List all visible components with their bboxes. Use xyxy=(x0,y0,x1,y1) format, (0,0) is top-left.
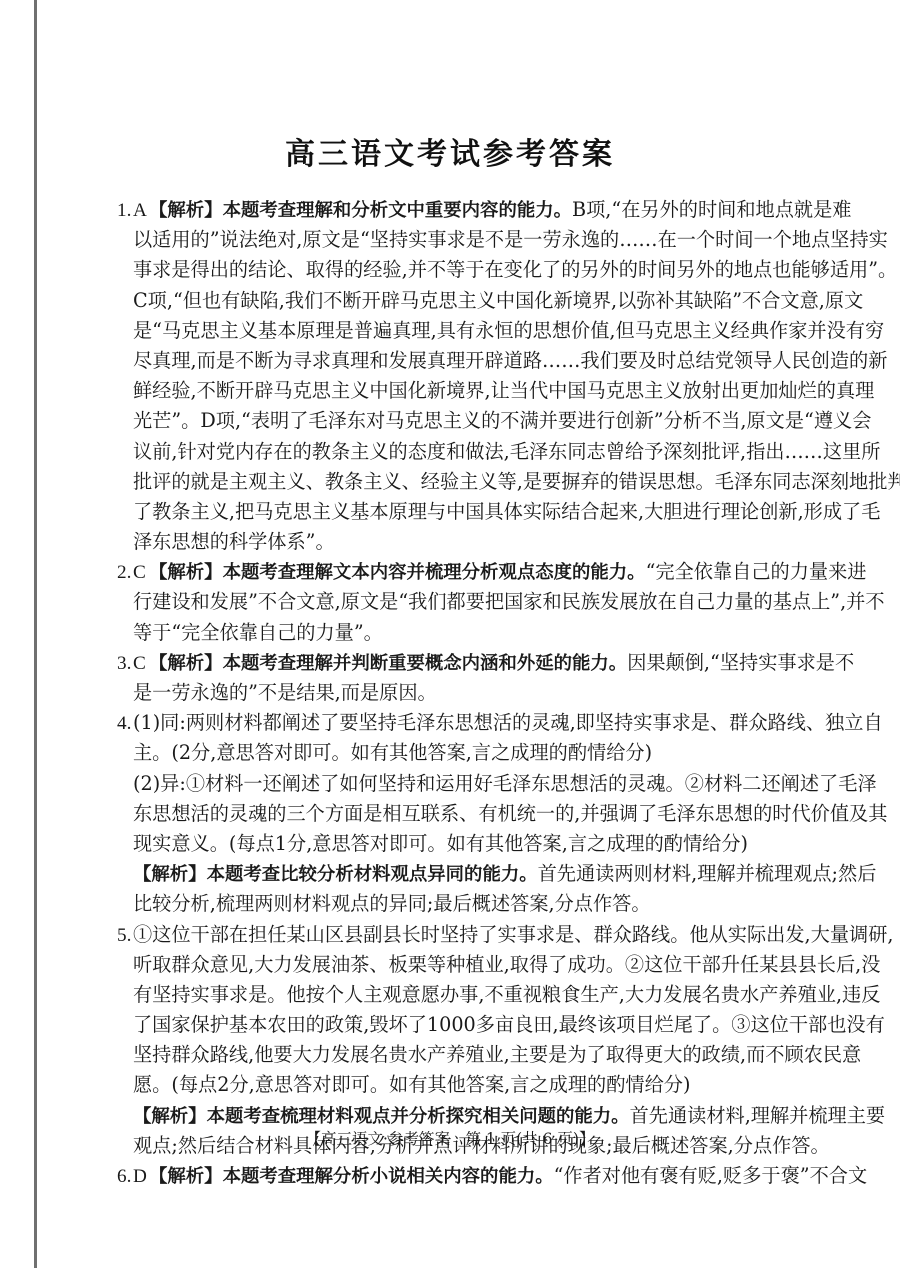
analysis-tag: 【解析】 xyxy=(149,200,223,221)
analysis-text: 首先通读材料,理解并梳理主要 xyxy=(630,1104,886,1127)
question-number: 6. xyxy=(117,1162,133,1192)
page-margin-rule xyxy=(34,0,37,1268)
answer-line: 了国家保护基本农田的政策,毁坏了1000多亩良田,最终该项目烂尾了。③这位干部也… xyxy=(117,1010,789,1040)
answer-line: (2)异:①材料一还阐述了如何坚持和运用好毛泽东思想活的灵魂。②材料二还阐述了毛… xyxy=(117,769,789,799)
analysis-line: 比较分析,梳理两则材料观点的异同;最后概述答案,分点作答。 xyxy=(117,889,789,919)
answer-line: 4.(1)同:两则材料都阐述了要坚持毛泽东思想活的灵魂,即坚持实事求是、群众路线… xyxy=(117,708,789,738)
question-number: 2. xyxy=(117,558,133,588)
answer-line: 泽东思想的科学体系”。 xyxy=(117,527,789,557)
analysis-summary: 本题考查理解并判断重要概念内涵和外延的能力。 xyxy=(223,653,628,674)
analysis-tag: 【解析】 xyxy=(149,653,223,674)
analysis-line: 【解析】本题考查梳理材料观点并分析探究相关问题的能力。首先通读材料,理解并梳理主… xyxy=(117,1101,789,1131)
answer-choice: C xyxy=(133,558,149,588)
answer-line: 以适用的”说法绝对,原文是“坚持实事求是不是一劳永逸的……在一个时间一个地点坚持… xyxy=(117,225,789,255)
analysis-summary: 本题考查理解和分析文中重要内容的能力。 xyxy=(223,200,572,221)
analysis-summary: 本题考查梳理材料观点并分析探究相关问题的能力。 xyxy=(207,1106,630,1127)
answer-line: 议前,针对党内存在的教条主义的态度和做法,毛泽东同志曾给予深刻批评,指出……这里… xyxy=(117,437,789,467)
analysis-tag: 【解析】 xyxy=(133,864,207,885)
answer-choice: C xyxy=(133,649,149,679)
answer-line: C项,“但也有缺陷,我们不断开辟马克思主义中国化新境界,以弥补其缺陷”不合文意,… xyxy=(117,286,789,316)
answer-line: 主。(2分,意思答对即可。如有其他答案,言之成理的酌情给分) xyxy=(117,738,789,768)
answer-line: 3.C【解析】本题考查理解并判断重要概念内涵和外延的能力。因果颠倒,“坚持实事求… xyxy=(117,648,789,678)
analysis-tag: 【解析】 xyxy=(133,1106,207,1127)
answer-line: 尽真理,而是不断为寻求真理和发展真理开辟道路……我们要及时总结党领导人民创造的新 xyxy=(117,346,789,376)
analysis-text: 首先通读两则材料,理解并梳理观点;然后 xyxy=(538,862,877,885)
answer-item-4: 4.(1)同:两则材料都阐述了要坚持毛泽东思想活的灵魂,即坚持实事求是、群众路线… xyxy=(117,708,789,919)
scan-artifact: ·· xyxy=(778,1148,783,1157)
answer-item-2: 2.C【解析】本题考查理解文本内容并梳理分析观点态度的能力。“完全依靠自己的力量… xyxy=(117,557,789,648)
answer-item-1: 1.A【解析】本题考查理解和分析文中重要内容的能力。B项,“在另外的时间和地点就… xyxy=(117,195,789,557)
answer-line: 现实意义。(每点1分,意思答对即可。如有其他答案,言之成理的酌情给分) xyxy=(117,829,789,859)
answer-line: 1.A【解析】本题考查理解和分析文中重要内容的能力。B项,“在另外的时间和地点就… xyxy=(117,195,789,225)
answer-choice: A xyxy=(133,196,149,226)
analysis-line: 【解析】本题考查比较分析材料观点异同的能力。首先通读两则材料,理解并梳理观点;然… xyxy=(117,859,789,889)
answer-line: 听取群众意见,大力发展油茶、板栗等种植业,取得了成功。②这位干部升任某县县长后,… xyxy=(117,950,789,980)
answer-content: 1.A【解析】本题考查理解和分析文中重要内容的能力。B项,“在另外的时间和地点就… xyxy=(117,195,789,1191)
answer-text: “完全依靠自己的力量来进 xyxy=(646,560,867,583)
answer-line: 行建设和发展”不合文意,原文是“我们都要把国家和民族发展放在自己力量的基点上”,… xyxy=(117,587,789,617)
analysis-summary: 本题考查理解文本内容并梳理分析观点态度的能力。 xyxy=(223,562,646,583)
answer-line: 2.C【解析】本题考查理解文本内容并梳理分析观点态度的能力。“完全依靠自己的力量… xyxy=(117,557,789,587)
answer-line: 批评的就是主观主义、教条主义、经验主义等,是要摒弃的错误思想。毛泽东同志深刻地批… xyxy=(117,467,789,497)
question-number: 1. xyxy=(117,196,133,226)
analysis-summary: 本题考查理解分析小说相关内容的能力。 xyxy=(223,1166,554,1187)
answer-line: 东思想活的灵魂的三个方面是相互联系、有机统一的,并强调了毛泽东思想的时代价值及其 xyxy=(117,799,789,829)
answer-line: 是“马克思主义基本原理是普遍真理,具有永恒的思想价值,但马克思主义经典作家并没有… xyxy=(117,316,789,346)
answer-item-5: 5.①这位干部在担任某山区县副县长时坚持了实事求是、群众路线。他从实际出发,大量… xyxy=(117,920,789,1162)
answer-line: 坚持群众路线,他要大力发展名贵水产养殖业,主要是为了取得更大的政绩,而不顾农民意 xyxy=(117,1040,789,1070)
answer-text: 因果颠倒,“坚持实事求是不 xyxy=(627,651,854,674)
answer-item-3: 3.C【解析】本题考查理解并判断重要概念内涵和外延的能力。因果颠倒,“坚持实事求… xyxy=(117,648,789,708)
question-number: 4. xyxy=(117,709,133,739)
page-title: 高三语文考试参考答案 xyxy=(0,136,900,174)
answer-line: 鲜经验,不断开辟马克思主义中国化新境界,让当代中国马克思主义放射出更加灿烂的真理 xyxy=(117,376,789,406)
analysis-tag: 【解析】 xyxy=(149,1166,223,1187)
answer-line: 5.①这位干部在担任某山区县副县长时坚持了实事求是、群众路线。他从实际出发,大量… xyxy=(117,920,789,950)
answer-text: B项,“在另外的时间和地点就是难 xyxy=(572,198,851,221)
answer-line: 有坚持实事求是。他按个人主观意愿办事,不重视粮食生产,大力发展名贵水产养殖业,违… xyxy=(117,980,789,1010)
answer-text: “作者对他有褒有贬,贬多于褒”不合文 xyxy=(554,1164,868,1187)
answer-text: ①这位干部在担任某山区县副县长时坚持了实事求是、群众路线。他从实际出发,大量调研… xyxy=(133,923,894,946)
answer-line: 光芒”。D项,“表明了毛泽东对马克思主义的不满并要进行创新”分析不当,原文是“遵… xyxy=(117,406,789,436)
page-footer: 【高三语文·参考答案 第 1 页(共 6 页)】 xyxy=(0,1128,900,1150)
answer-line: 事求是得出的结论、取得的经验,并不等于在变化了的另外的时间另外的地点也能够适用”… xyxy=(117,255,789,285)
analysis-summary: 本题考查比较分析材料观点异同的能力。 xyxy=(207,864,538,885)
question-number: 5. xyxy=(117,921,133,951)
answer-item-6: 6.D【解析】本题考查理解分析小说相关内容的能力。“作者对他有褒有贬,贬多于褒”… xyxy=(117,1161,789,1191)
answer-line: 等于“完全依靠自己的力量”。 xyxy=(117,618,789,648)
answer-text: (1)同:两则材料都阐述了要坚持毛泽东思想活的灵魂,即坚持实事求是、群众路线、独… xyxy=(133,711,883,734)
answer-choice: D xyxy=(133,1162,149,1192)
answer-line: 6.D【解析】本题考查理解分析小说相关内容的能力。“作者对他有褒有贬,贬多于褒”… xyxy=(117,1161,789,1191)
analysis-tag: 【解析】 xyxy=(149,562,223,583)
answer-line: 了教条主义,把马克思主义基本原理与中国具体实际结合起来,大胆进行理论创新,形成了… xyxy=(117,497,789,527)
question-number: 3. xyxy=(117,649,133,679)
answer-line: 愿。(每点2分,意思答对即可。如有其他答案,言之成理的酌情给分) xyxy=(117,1070,789,1100)
answer-line: 是一劳永逸的”不是结果,而是原因。 xyxy=(117,678,789,708)
